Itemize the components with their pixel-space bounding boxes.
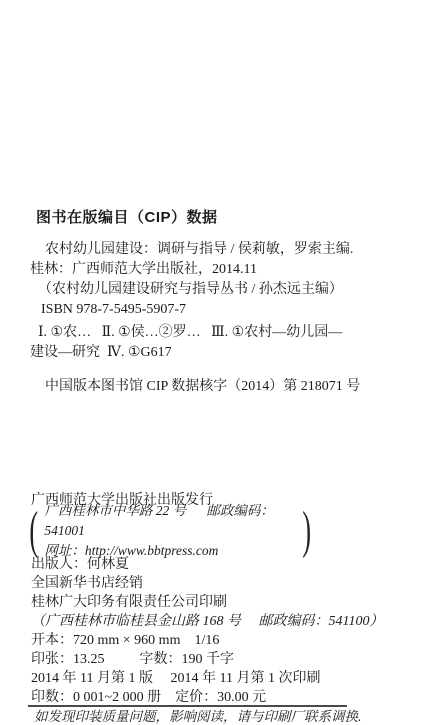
cip-classification-block: Ⅰ. ①农… Ⅱ. ①侯…②罗… Ⅲ. ①农村—幼儿园— 建设—研究 Ⅳ. ①G…	[30, 323, 430, 363]
cip-verification-line: 中国版本图书馆 CIP 数据核字（2014）第 218071 号	[30, 377, 437, 397]
cip-heading: 图书在版编目（CIP）数据	[36, 206, 218, 227]
format-line: 开本：720 mm × 960 mm 1/16	[31, 631, 429, 650]
sheets-words-line: 印张：13.25 字数：190 千字	[31, 650, 429, 669]
left-parenthesis: (	[29, 511, 38, 551]
cip-bibliographic-block: 农村幼儿园建设：调研与指导 / 侯莉敏，罗索主编. 桂林：广西师范大学出版社，2…	[30, 240, 425, 320]
footer-divider	[28, 705, 347, 707]
quality-notice: 如发现印装质量问题，影响阅读，请与印刷厂联系调换.	[34, 709, 361, 725]
cip-isbn: ISBN 978-7-5495-5907-7	[30, 300, 425, 320]
cip-series-statement: （农村幼儿园建设研究与指导丛书 / 孙杰远主编）	[30, 280, 425, 300]
right-parenthesis: )	[303, 511, 312, 551]
cip-classification-line1: Ⅰ. ①农… Ⅱ. ①侯…②罗… Ⅲ. ①农村—幼儿园—	[30, 323, 430, 343]
cip-classification-line2: 建设—研究 Ⅳ. ①G617	[30, 343, 430, 363]
printer-line: 桂林广大印务有限责任公司印刷	[31, 593, 429, 612]
cip-title-statement: 农村幼儿园建设：调研与指导 / 侯莉敏，罗索主编.	[30, 240, 425, 260]
edition-line: 2014 年 11 月第 1 版 2014 年 11 月第 1 次印刷	[31, 669, 429, 688]
printer-address-line: （广西桂林市临桂县金山路 168 号 邮政编码：541100）	[31, 612, 429, 631]
publisher-address-content: 广西桂林市中华路 22 号 邮政编码：541001 网址：http://www.…	[44, 501, 296, 561]
publisher-address-group: ( 广西桂林市中华路 22 号 邮政编码：541001 网址：http://ww…	[25, 510, 429, 552]
distribution-line: 全国新华书店经销	[31, 574, 429, 593]
colophon-block: 广西师范大学出版社出版发行 ( 广西桂林市中华路 22 号 邮政编码：54100…	[31, 491, 429, 707]
book-copyright-page: 图书在版编目（CIP）数据 农村幼儿园建设：调研与指导 / 侯莉敏，罗索主编. …	[0, 0, 437, 725]
cip-imprint-line: 桂林：广西师范大学出版社，2014.11	[30, 260, 425, 280]
publisher-address-line: 广西桂林市中华路 22 号 邮政编码：541001	[44, 501, 296, 541]
